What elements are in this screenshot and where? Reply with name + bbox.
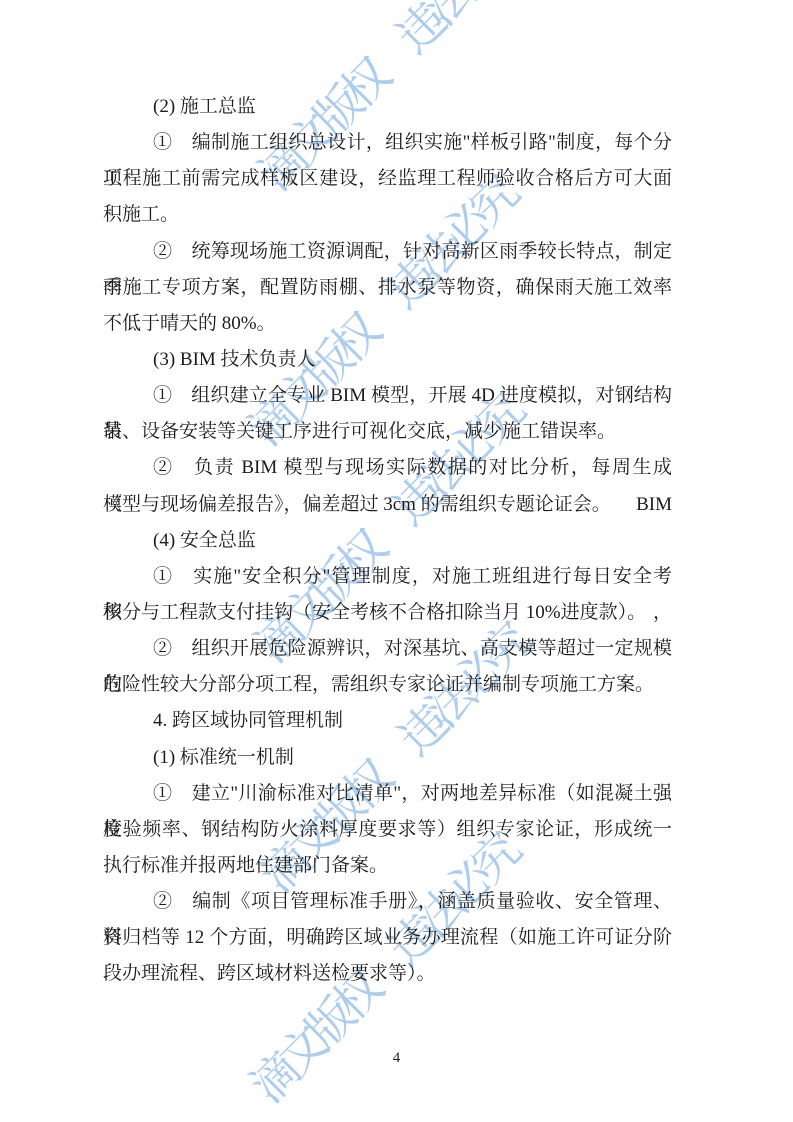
document-page: 滴文版权 违法必究滴文版权 违法必究滴文版权 违法必究滴文版权 违法必究滴文版权… (0, 0, 793, 1122)
text-line: 检验频率、钢结构防火涂料厚度要求等）组织专家论证，形成统一 (103, 812, 672, 848)
text-line: 积分与工程款支付挂钩（安全考核不合格扣除当月 10%进度款）。 (103, 595, 672, 631)
text-line: 料归档等 12 个方面，明确跨区域业务办理流程（如施工许可证分阶 (103, 920, 672, 956)
text-line: ② 组织开展危险源辨识，对深基坑、高支模等超过一定规模的 (103, 631, 672, 667)
document-body: (2) 施工总监① 编制施工组织总设计，组织实施"样板引路"制度，每个分项工程施… (103, 89, 672, 993)
text-line: 段办理流程、跨区域材料送检要求等）。 (103, 956, 672, 992)
text-line: ① 编制施工组织总设计，组织实施"样板引路"制度，每个分项 (103, 125, 672, 161)
text-line: 装、设备安装等关键工序进行可视化交底，减少施工错误率。 (103, 414, 672, 450)
text-line: ② 编制《项目管理标准手册》，涵盖质量验收、安全管理、资 (103, 884, 672, 920)
text-line: 模型与现场偏差报告》，偏差超过 3cm 的需组织专题论证会。 (103, 487, 672, 523)
text-line: 积施工。 (103, 197, 672, 233)
text-line: ① 组织建立全专业 BIM 模型，开展 4D 进度模拟，对钢结构吊 (103, 378, 672, 414)
text-line: ② 统筹现场施工资源调配，针对高新区雨季较长特点，制定雨 (103, 234, 672, 270)
text-line: ① 建立"川渝标准对比清单"，对两地差异标准（如混凝土强度 (103, 776, 672, 812)
page-number: 4 (0, 1050, 793, 1067)
text-line: ② 负责 BIM 模型与现场实际数据的对比分析，每周生成《BIM (103, 450, 672, 486)
text-line: (1) 标准统一机制 (103, 740, 672, 776)
text-line: (3) BIM 技术负责人 (103, 342, 672, 378)
text-line: 不低于晴天的 80%。 (103, 306, 672, 342)
text-line: 工程施工前需完成样板区建设，经监理工程师验收合格后方可大面 (103, 161, 672, 197)
text-line: ① 实施"安全积分"管理制度，对施工班组进行每日安全考核， (103, 559, 672, 595)
text-line: (4) 安全总监 (103, 523, 672, 559)
text-line: 4. 跨区域协同管理机制 (103, 703, 672, 739)
text-line: 执行标准并报两地住建部门备案。 (103, 848, 672, 884)
text-line: 季施工专项方案，配置防雨棚、排水泵等物资，确保雨天施工效率 (103, 270, 672, 306)
text-line: 危险性较大分部分项工程，需组织专家论证并编制专项施工方案。 (103, 667, 672, 703)
text-line: (2) 施工总监 (103, 89, 672, 125)
